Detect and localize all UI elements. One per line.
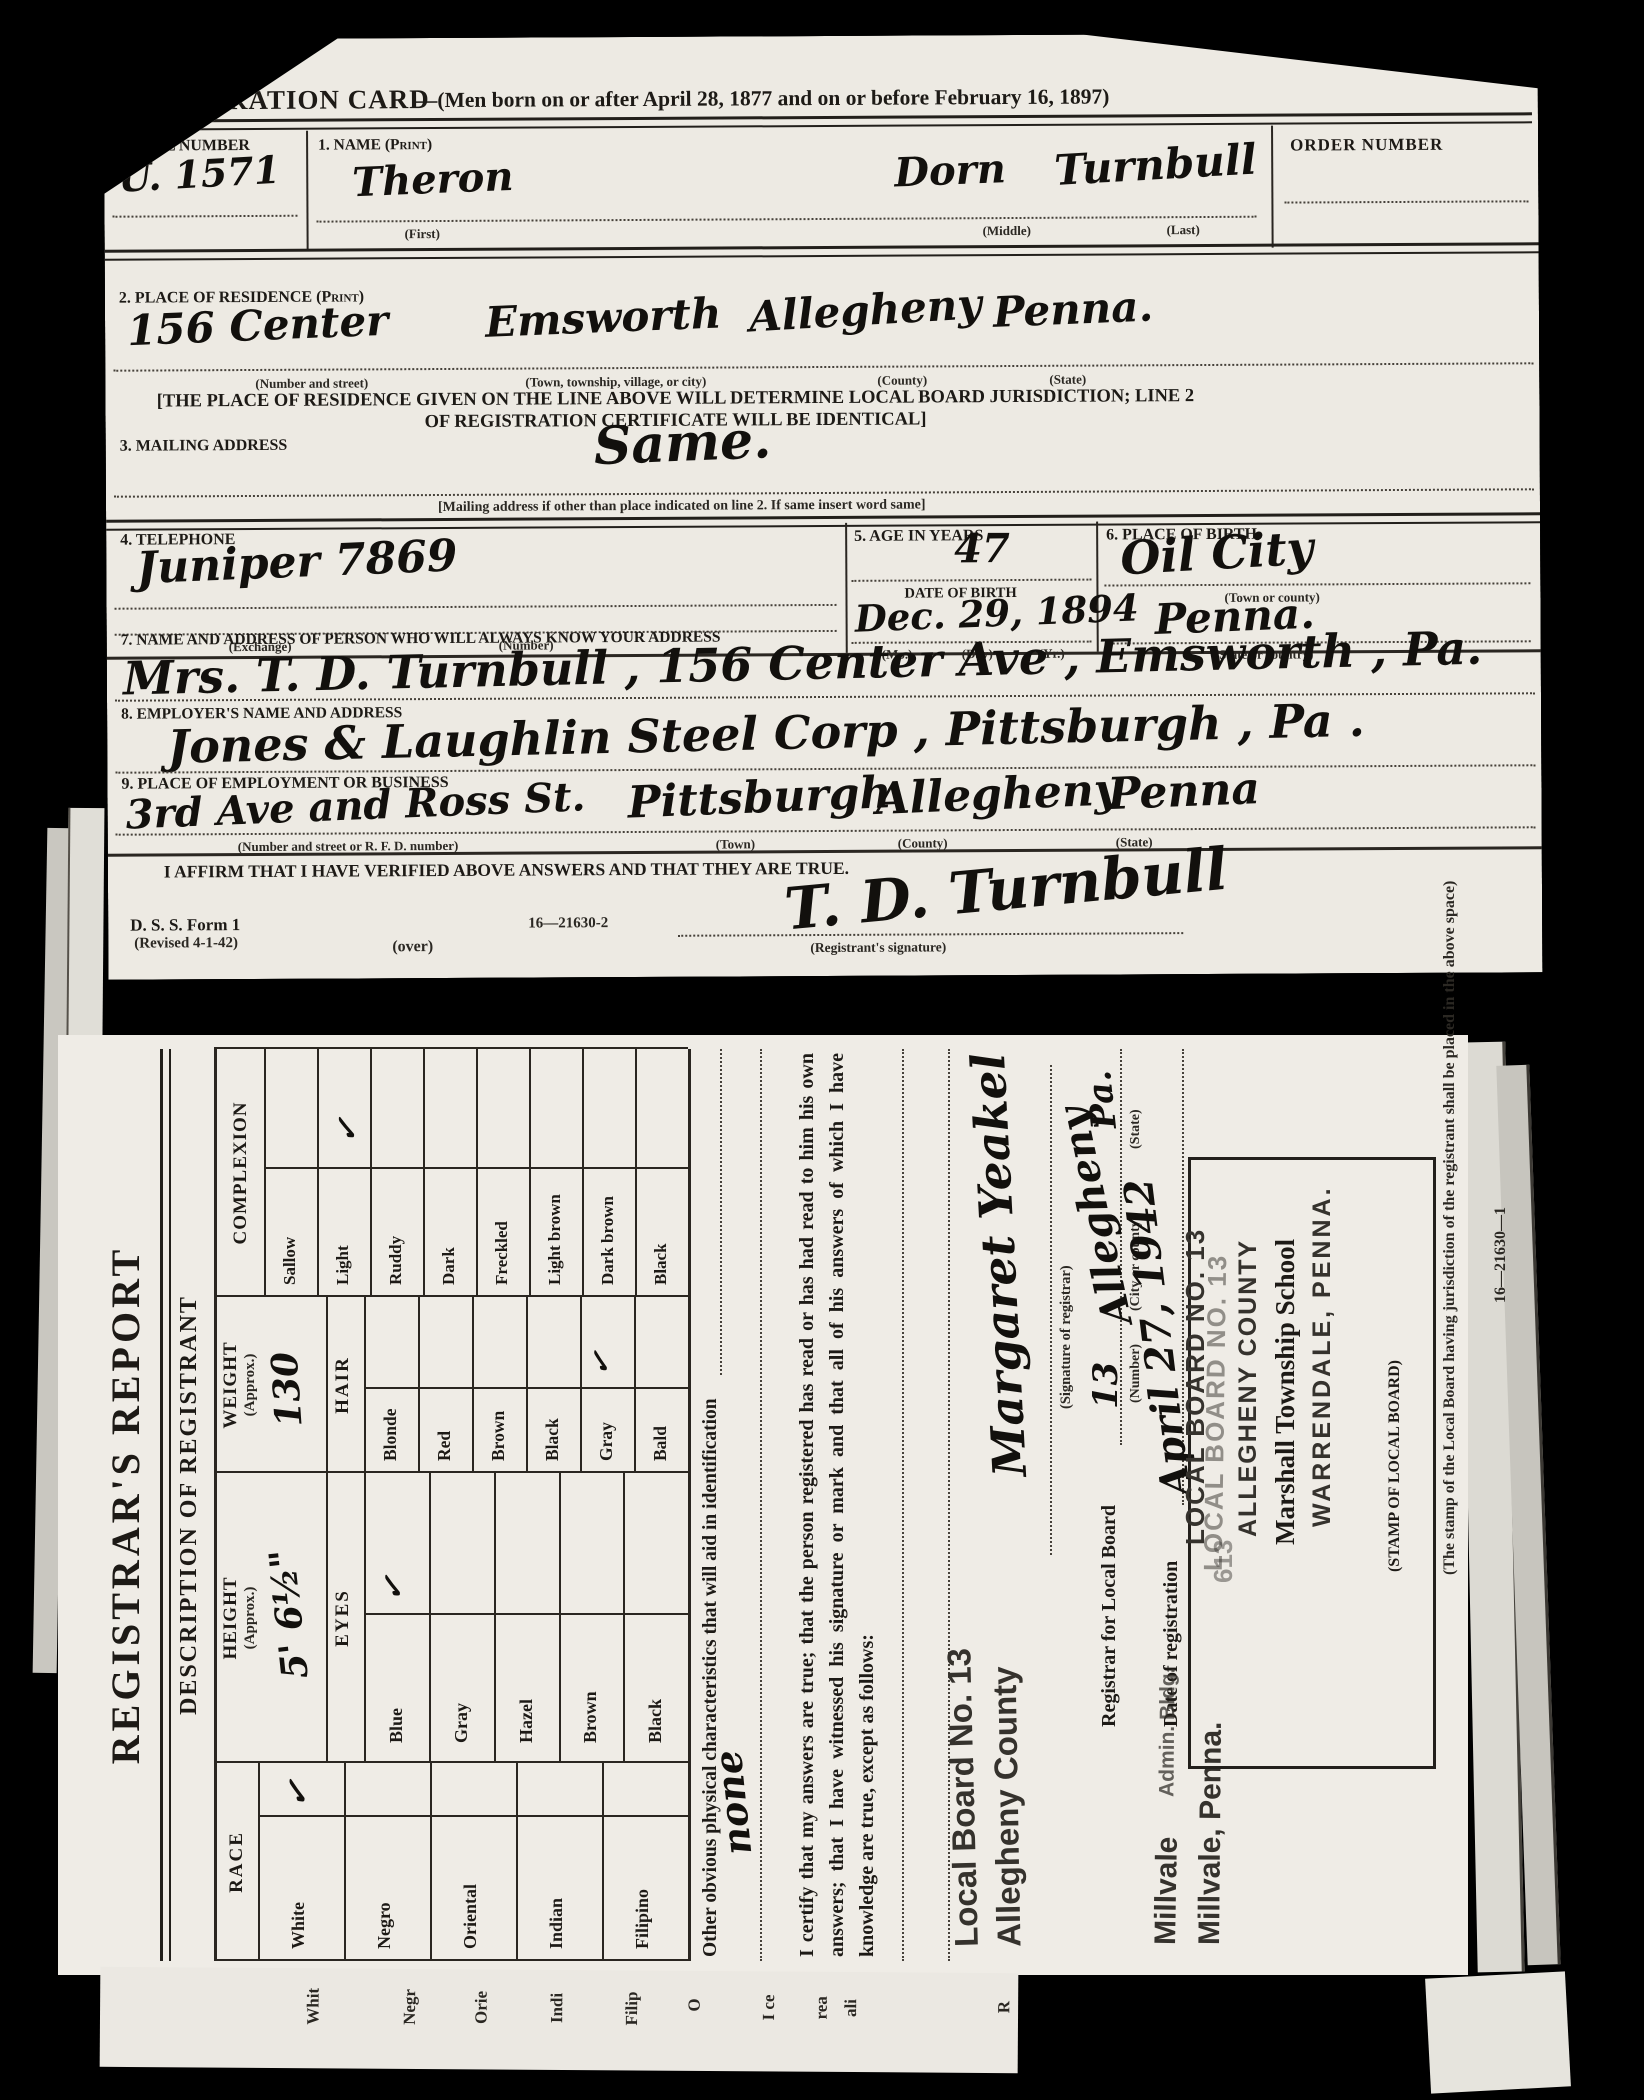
name-label: 1. NAME (Print) bbox=[318, 136, 432, 155]
fragment-text: Filip bbox=[622, 1991, 642, 2025]
stacked-sheet-corner bbox=[1425, 1971, 1571, 2093]
table-rule bbox=[430, 1763, 432, 1961]
table-rule bbox=[326, 1297, 328, 1473]
sub-registrar-signature: (Signature of registrar) bbox=[1058, 1265, 1075, 1409]
height-approx-note: (Approx.) bbox=[242, 1473, 259, 1763]
table-rule bbox=[494, 1473, 496, 1763]
table-rule bbox=[688, 1049, 691, 1961]
hair-option: Brown bbox=[488, 1411, 509, 1461]
table-rule bbox=[214, 1049, 217, 1961]
fragment-text: R bbox=[994, 2001, 1014, 2013]
order-number-label: ORDER NUMBER bbox=[1290, 135, 1443, 156]
over-note: (over) bbox=[392, 938, 433, 956]
local-board-stamp-line2: Allegheny County bbox=[986, 1666, 1029, 1947]
dotted-line bbox=[113, 362, 1533, 371]
eyes-option: Black bbox=[645, 1699, 666, 1743]
race-header: RACE bbox=[226, 1763, 248, 1961]
sub-registrant-signature: (Registrant's signature) bbox=[810, 939, 946, 956]
hair-option: Blonde bbox=[380, 1408, 401, 1461]
weight-header: WEIGHT bbox=[220, 1297, 242, 1473]
rule bbox=[106, 512, 1540, 531]
stamp-box-caption: (STAMP OF LOCAL BOARD) bbox=[1386, 1163, 1404, 1769]
serial-number-value: U. 1571 bbox=[117, 147, 281, 201]
eyes-option: Blue bbox=[386, 1708, 407, 1743]
hair-option: Bald bbox=[650, 1426, 671, 1461]
eyes-option: Brown bbox=[580, 1691, 601, 1743]
table-rule bbox=[258, 1816, 688, 1818]
sub-board-state: (State) bbox=[1128, 1109, 1144, 1149]
table-rule bbox=[602, 1763, 604, 1961]
eyes-option: Gray bbox=[451, 1703, 472, 1743]
millvale-stamp-overlap: Admin. Bldg. bbox=[1155, 1667, 1180, 1797]
registrar-signature: Margaret Yeakel bbox=[961, 1052, 1037, 1478]
weight-approx-note: (Approx.) bbox=[242, 1297, 259, 1473]
table-rule bbox=[214, 1959, 688, 1961]
fragment-text: I ce bbox=[759, 1994, 779, 2020]
complexion-option: Dark brown bbox=[598, 1196, 618, 1285]
stamp-box-line3: Marshall Township School bbox=[1270, 1239, 1301, 1545]
table-rule bbox=[635, 1049, 637, 1297]
hair-option: Gray bbox=[596, 1422, 617, 1461]
form-id: D. S. S. Form 1 bbox=[130, 915, 240, 936]
rule bbox=[160, 1049, 171, 1961]
complexion-option: Dark bbox=[439, 1247, 459, 1285]
complexion-option: Light brown bbox=[545, 1194, 565, 1285]
residence-county-value: Allegheny bbox=[748, 279, 983, 341]
complexion-option: Black bbox=[651, 1243, 671, 1285]
hair-checkmark: ✓ bbox=[582, 1348, 619, 1378]
table-rule bbox=[364, 1297, 366, 1473]
table-rule bbox=[476, 1049, 478, 1297]
complexion-option: Ruddy bbox=[386, 1236, 406, 1285]
table-rule bbox=[623, 1473, 625, 1763]
race-option: Oriental bbox=[460, 1884, 481, 1949]
sub-last: (Last) bbox=[1167, 222, 1200, 238]
table-rule bbox=[364, 1473, 366, 1763]
table-rule bbox=[214, 1295, 688, 1297]
name-last-value: Turnbull bbox=[1053, 134, 1258, 195]
sub-middle: (Middle) bbox=[983, 223, 1031, 239]
table-rule bbox=[559, 1473, 561, 1763]
divider bbox=[1271, 126, 1274, 248]
sub-county: (County) bbox=[877, 372, 927, 388]
dotted-line bbox=[115, 604, 837, 610]
table-rule bbox=[214, 1471, 688, 1473]
hair-header: HAIR bbox=[332, 1297, 354, 1473]
table-rule bbox=[370, 1049, 372, 1297]
dotted-line bbox=[112, 215, 297, 218]
table-rule bbox=[344, 1763, 346, 1961]
divider bbox=[845, 523, 848, 653]
residence-street-value: 156 Center bbox=[126, 296, 389, 355]
height-value: 5' 6½" bbox=[261, 1547, 316, 1681]
fragment-text: Negr bbox=[400, 1989, 420, 2025]
eyes-header: EYES bbox=[332, 1473, 354, 1763]
table-rule bbox=[214, 1047, 688, 1049]
divider bbox=[306, 131, 309, 251]
hair-option: Black bbox=[542, 1418, 563, 1461]
card-underneath-edge: Whit Negr Orie Indi Filip O I ce rea ali… bbox=[100, 1967, 1019, 2073]
birthplace-town-value: Oil City bbox=[1119, 520, 1315, 585]
characteristics-value: none bbox=[705, 1748, 761, 1857]
dotted-line bbox=[1104, 582, 1530, 586]
stamp-placement-note: (The stamp of the Local Board having jur… bbox=[1440, 1155, 1461, 1575]
mailing-sub-note: [Mailing address if other than place ind… bbox=[438, 497, 926, 516]
residence-town-value: Emsworth bbox=[484, 288, 722, 346]
weight-value: 130 bbox=[263, 1350, 310, 1428]
complexion-option: Light bbox=[333, 1245, 353, 1285]
race-option: White bbox=[288, 1902, 309, 1949]
table-rule bbox=[516, 1763, 518, 1961]
characteristics-label: Other obvious physical characteristics t… bbox=[700, 1398, 722, 1957]
rule bbox=[105, 242, 1539, 261]
mailing-label: 3. MAILING ADDRESS bbox=[120, 437, 288, 456]
mailing-value: Same. bbox=[593, 409, 773, 477]
fragment-text: O bbox=[685, 1998, 705, 2011]
table-rule bbox=[364, 1614, 688, 1616]
table-rule bbox=[582, 1049, 584, 1297]
complexion-checkmark: ✓ bbox=[329, 1116, 366, 1145]
registrars-report-card: REGISTRAR'S REPORT DESCRIPTION OF REGIST… bbox=[58, 1035, 1468, 1975]
dotted-line bbox=[720, 1049, 722, 1375]
table-rule bbox=[429, 1473, 431, 1763]
registrar-line-label: Registrar for Local Board bbox=[1098, 1505, 1121, 1727]
board-state-value: Pa. bbox=[1079, 1069, 1125, 1131]
fragment-text: Indi bbox=[547, 1993, 567, 2023]
table-rule bbox=[214, 1761, 688, 1763]
dotted-line bbox=[114, 488, 1534, 497]
complexion-option: Freckled bbox=[492, 1221, 512, 1285]
eyes-checkmark: ✓ bbox=[374, 1574, 412, 1604]
age-value: 47 bbox=[954, 525, 1010, 572]
table-rule bbox=[317, 1049, 319, 1297]
board-number-value: 13 bbox=[1086, 1362, 1126, 1409]
race-checkmark: ✓ bbox=[276, 1777, 318, 1810]
dotted-line bbox=[851, 579, 1091, 582]
dotted-line bbox=[760, 1049, 762, 1961]
race-option: Negro bbox=[374, 1902, 395, 1949]
employment-town-value: Pittsburgh bbox=[627, 767, 893, 829]
table-rule bbox=[264, 1049, 266, 1297]
fragment-text: rea bbox=[812, 1996, 832, 2019]
affirmation-text: I AFFIRM THAT I HAVE VERIFIED ABOVE ANSW… bbox=[164, 858, 849, 883]
table-rule bbox=[580, 1297, 582, 1473]
race-option: Indian bbox=[546, 1898, 567, 1949]
dotted-line bbox=[902, 1049, 904, 1961]
registrar-certification: I certify that my answers are true; that… bbox=[792, 1053, 882, 1957]
employment-state-value: Penna bbox=[1107, 763, 1261, 820]
fragment-text: ali bbox=[841, 1999, 861, 2017]
employment-county-value: Allegheny bbox=[875, 764, 1121, 825]
table-rule bbox=[529, 1049, 531, 1297]
name-middle-value: Dorn bbox=[893, 145, 1006, 196]
print-code-back: 16—21630—1 bbox=[1492, 1207, 1510, 1303]
table-rule bbox=[472, 1297, 474, 1473]
table-rule bbox=[526, 1297, 528, 1473]
complexion-header: COMPLEXION bbox=[230, 1049, 252, 1297]
fragment-text: Whit bbox=[303, 1988, 323, 2025]
fragment-text: Orie bbox=[471, 1991, 491, 2024]
table-rule bbox=[418, 1297, 420, 1473]
card-title: REGISTRATION CARD bbox=[120, 84, 430, 117]
dotted-line bbox=[316, 216, 1256, 223]
dotted-line bbox=[1050, 1065, 1052, 1555]
table-rule bbox=[423, 1049, 425, 1297]
registration-card-front: REGISTRATION CARD —(Men born on or after… bbox=[104, 32, 1543, 979]
report-title: REGISTRAR'S REPORT bbox=[102, 1035, 149, 1975]
stamp-box-line2: ALLEGHENY COUNTY bbox=[1234, 1239, 1263, 1537]
millvale-stamp-line1: Millvale bbox=[1149, 1836, 1185, 1945]
hair-option: Red bbox=[434, 1431, 455, 1461]
local-board-stamp-line1: Local Board No. 13 bbox=[940, 1648, 986, 1948]
stamp-box-line1: LOCAL BOARD NO. 13 bbox=[1180, 1228, 1211, 1545]
name-first-value: Theron bbox=[351, 153, 514, 206]
dotted-line bbox=[1284, 200, 1528, 203]
description-subtitle: DESCRIPTION OF REGISTRANT bbox=[176, 1035, 203, 1975]
card-title-note: —(Men born on or after April 28, 1877 an… bbox=[416, 84, 1110, 113]
complexion-option: Sallow bbox=[280, 1237, 300, 1285]
race-option: Filipino bbox=[632, 1889, 653, 1949]
registration-card-back-area: REGISTRAR'S REPORT DESCRIPTION OF REGIST… bbox=[58, 1035, 1468, 1975]
sub-first: (First) bbox=[405, 226, 440, 242]
table-rule bbox=[326, 1473, 328, 1763]
eyes-option: Hazel bbox=[516, 1699, 537, 1743]
sub-state: (State) bbox=[1049, 372, 1086, 388]
table-rule bbox=[258, 1763, 260, 1961]
form-revision: (Revised 4-1-42) bbox=[134, 935, 238, 953]
height-header: HEIGHT bbox=[220, 1473, 242, 1763]
table-rule bbox=[634, 1297, 636, 1473]
stamp-box-line4: WARRENDALE, PENNA. bbox=[1308, 1185, 1337, 1527]
print-code-front: 16—21630-2 bbox=[528, 915, 608, 932]
residence-state-value: Penna. bbox=[992, 281, 1154, 336]
dotted-line bbox=[678, 932, 1183, 937]
